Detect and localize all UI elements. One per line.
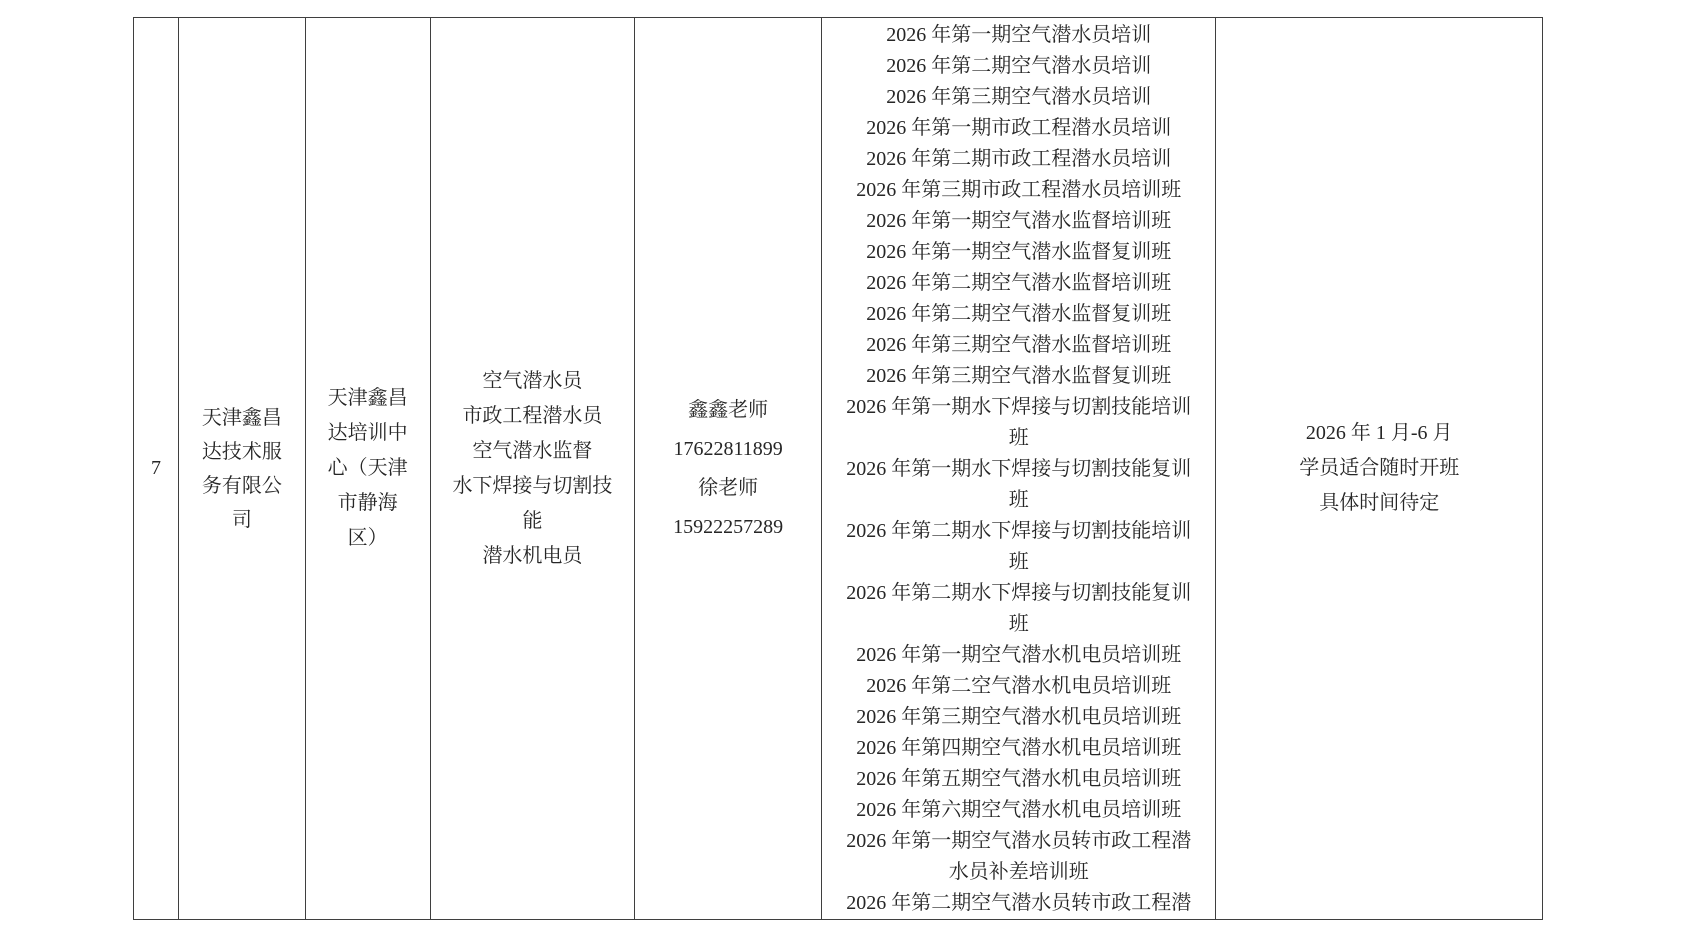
cell-schedule: 2026 年 1 月-6 月学员适合随时开班具体时间待定 (1216, 18, 1542, 919)
cell-company-name: 天津鑫昌 达技术服 务有限公 司 (179, 18, 306, 919)
list-item: 2026 年第二期空气潜水监督培训班 (866, 268, 1171, 299)
cell-contact-info: 鑫鑫老师17622811899徐老师15922257289 (635, 18, 822, 919)
list-item: 2026 年第二期空气潜水员培训 (886, 51, 1151, 82)
training-table-row-7: 7 天津鑫昌 达技术服 务有限公 司 天津鑫昌 达培训中 心（天津 市静海 区）… (133, 17, 1543, 920)
cell-training-types: 空气潜水员市政工程潜水员空气潜水监督水下焊接与切割技 能潜水机电员 (431, 18, 636, 919)
list-item: 2026 年第四期空气潜水机电员培训班 (856, 733, 1181, 764)
list-item: 2026 年第一期空气潜水监督培训班 (866, 206, 1171, 237)
cell-course-list: 2026 年第一期空气潜水员培训2026 年第二期空气潜水员培训2026 年第三… (822, 18, 1216, 919)
list-item: 徐老师 (698, 469, 758, 508)
list-item: 鑫鑫老师 (688, 391, 768, 430)
list-item: 2026 年第二期水下焊接与切割技能复训 班 (846, 578, 1191, 640)
list-item: 2026 年第一期水下焊接与切割技能复训 班 (846, 454, 1191, 516)
list-item: 2026 年第三期空气潜水机电员培训班 (856, 702, 1181, 733)
list-item: 2026 年第二期水下焊接与切割技能培训 班 (846, 516, 1191, 578)
list-item: 15922257289 (673, 508, 783, 547)
list-item: 2026 年第二期空气潜水员转市政工程潜 (846, 888, 1191, 919)
list-item: 具体时间待定 (1319, 486, 1439, 521)
list-item: 2026 年第一期空气潜水员转市政工程潜 水员补差培训班 (846, 826, 1191, 888)
list-item: 2026 年第二期市政工程潜水员培训 (866, 144, 1171, 175)
list-item: 2026 年第一期水下焊接与切割技能培训 班 (846, 392, 1191, 454)
list-item: 2026 年第三期市政工程潜水员培训班 (856, 175, 1181, 206)
cell-serial-number: 7 (134, 18, 179, 919)
list-item: 17622811899 (674, 430, 783, 469)
list-item: 空气潜水监督 (472, 434, 592, 469)
list-item: 2026 年第一期空气潜水机电员培训班 (856, 640, 1181, 671)
document-page: 7 天津鑫昌 达技术服 务有限公 司 天津鑫昌 达培训中 心（天津 市静海 区）… (0, 0, 1683, 944)
cell-training-center: 天津鑫昌 达培训中 心（天津 市静海 区） (306, 18, 431, 919)
list-item: 2026 年第二空气潜水机电员培训班 (866, 671, 1171, 702)
list-item: 2026 年第五期空气潜水机电员培训班 (856, 764, 1181, 795)
list-item: 水下焊接与切割技 能 (452, 469, 612, 539)
list-item: 学员适合随时开班 (1299, 451, 1459, 486)
list-item: 2026 年第一期空气潜水监督复训班 (866, 237, 1171, 268)
list-item: 2026 年第一期空气潜水员培训 (886, 20, 1151, 51)
list-item: 潜水机电员 (482, 539, 582, 574)
list-item: 2026 年第三期空气潜水员培训 (886, 82, 1151, 113)
list-item: 2026 年第二期空气潜水监督复训班 (866, 299, 1171, 330)
list-item: 2026 年第三期空气潜水监督复训班 (866, 361, 1171, 392)
list-item: 空气潜水员 (482, 364, 582, 399)
list-item: 市政工程潜水员 (462, 399, 602, 434)
list-item: 2026 年第一期市政工程潜水员培训 (866, 113, 1171, 144)
list-item: 2026 年 1 月-6 月 (1306, 416, 1453, 451)
list-item: 2026 年第六期空气潜水机电员培训班 (856, 795, 1181, 826)
list-item: 2026 年第三期空气潜水监督培训班 (866, 330, 1171, 361)
